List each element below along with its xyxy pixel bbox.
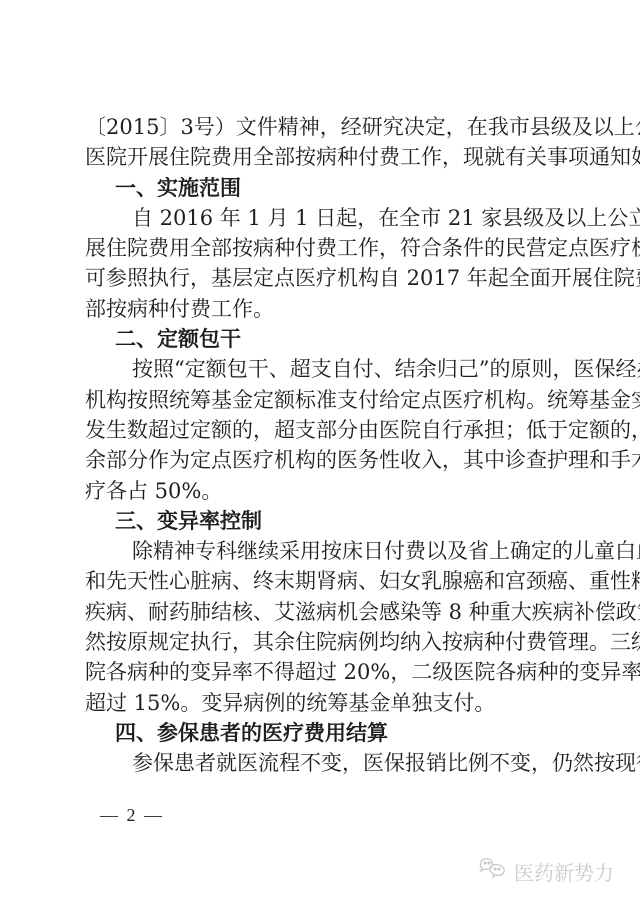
- page-number: — 2 —: [100, 805, 164, 826]
- paragraph-line: 余部分作为定点医疗机构的医务性收入，其中诊查护理和手术治: [85, 445, 561, 475]
- paragraph-line: 和先天性心脏病、终末期肾病、妇女乳腺癌和宫颈癌、重性精神: [85, 566, 561, 596]
- paragraph-line: 参保患者就医流程不变，医保报销比例不变，仍然按现行结: [85, 748, 561, 778]
- section-heading-scope: 一、实施范围: [85, 173, 561, 203]
- watermark-text: 医药新势力: [514, 857, 614, 886]
- paragraph-line: 可参照执行，基层定点医疗机构自 2017 年起全面开展住院费用全: [85, 263, 561, 293]
- paragraph-line: 部按病种付费工作。: [85, 294, 561, 324]
- paragraph-line: 机构按照统筹基金定额标准支付给定点医疗机构。统筹基金实际: [85, 385, 561, 415]
- section-heading-quota: 二、定额包干: [85, 324, 561, 354]
- section-heading-settlement: 四、参保患者的医疗费用结算: [85, 718, 561, 748]
- wechat-icon: [478, 857, 514, 886]
- section-heading-variation: 三、变异率控制: [85, 506, 561, 536]
- watermark: 医药新势力: [478, 857, 614, 886]
- paragraph-line: 疗各占 50%。: [85, 476, 561, 506]
- document-page: 〔2015〕3号）文件精神，经研究决定，在我市县级及以上公立 医院开展住院费用全…: [85, 112, 561, 779]
- paragraph-line: 然按原规定执行，其余住院病例均纳入按病种付费管理。三级医: [85, 627, 561, 657]
- paragraph-line: 展住院费用全部按病种付费工作，符合条件的民营定点医疗机构: [85, 233, 561, 263]
- paragraph-line: 超过 15%。变异病例的统筹基金单独支付。: [85, 688, 561, 718]
- paragraph-line: 院各病种的变异率不得超过 20%，二级医院各病种的变异率不得: [85, 657, 561, 687]
- intro-line: 〔2015〕3号）文件精神，经研究决定，在我市县级及以上公立: [85, 112, 561, 142]
- intro-line: 医院开展住院费用全部按病种付费工作，现就有关事项通知如下：: [85, 142, 561, 172]
- paragraph-line: 自 2016 年 1 月 1 日起，在全市 21 家县级及以上公立医院开: [85, 203, 561, 233]
- paragraph-line: 除精神专科继续采用按床日付费以及省上确定的儿童白血病: [85, 536, 561, 566]
- paragraph-line: 按照“定额包干、超支自付、结余归己”的原则，医保经办: [85, 354, 561, 384]
- paragraph-line: 疾病、耐药肺结核、艾滋病机会感染等 8 种重大疾病补偿政策仍: [85, 597, 561, 627]
- paragraph-line: 发生数超过定额的，超支部分由医院自行承担；低于定额的，结: [85, 415, 561, 445]
